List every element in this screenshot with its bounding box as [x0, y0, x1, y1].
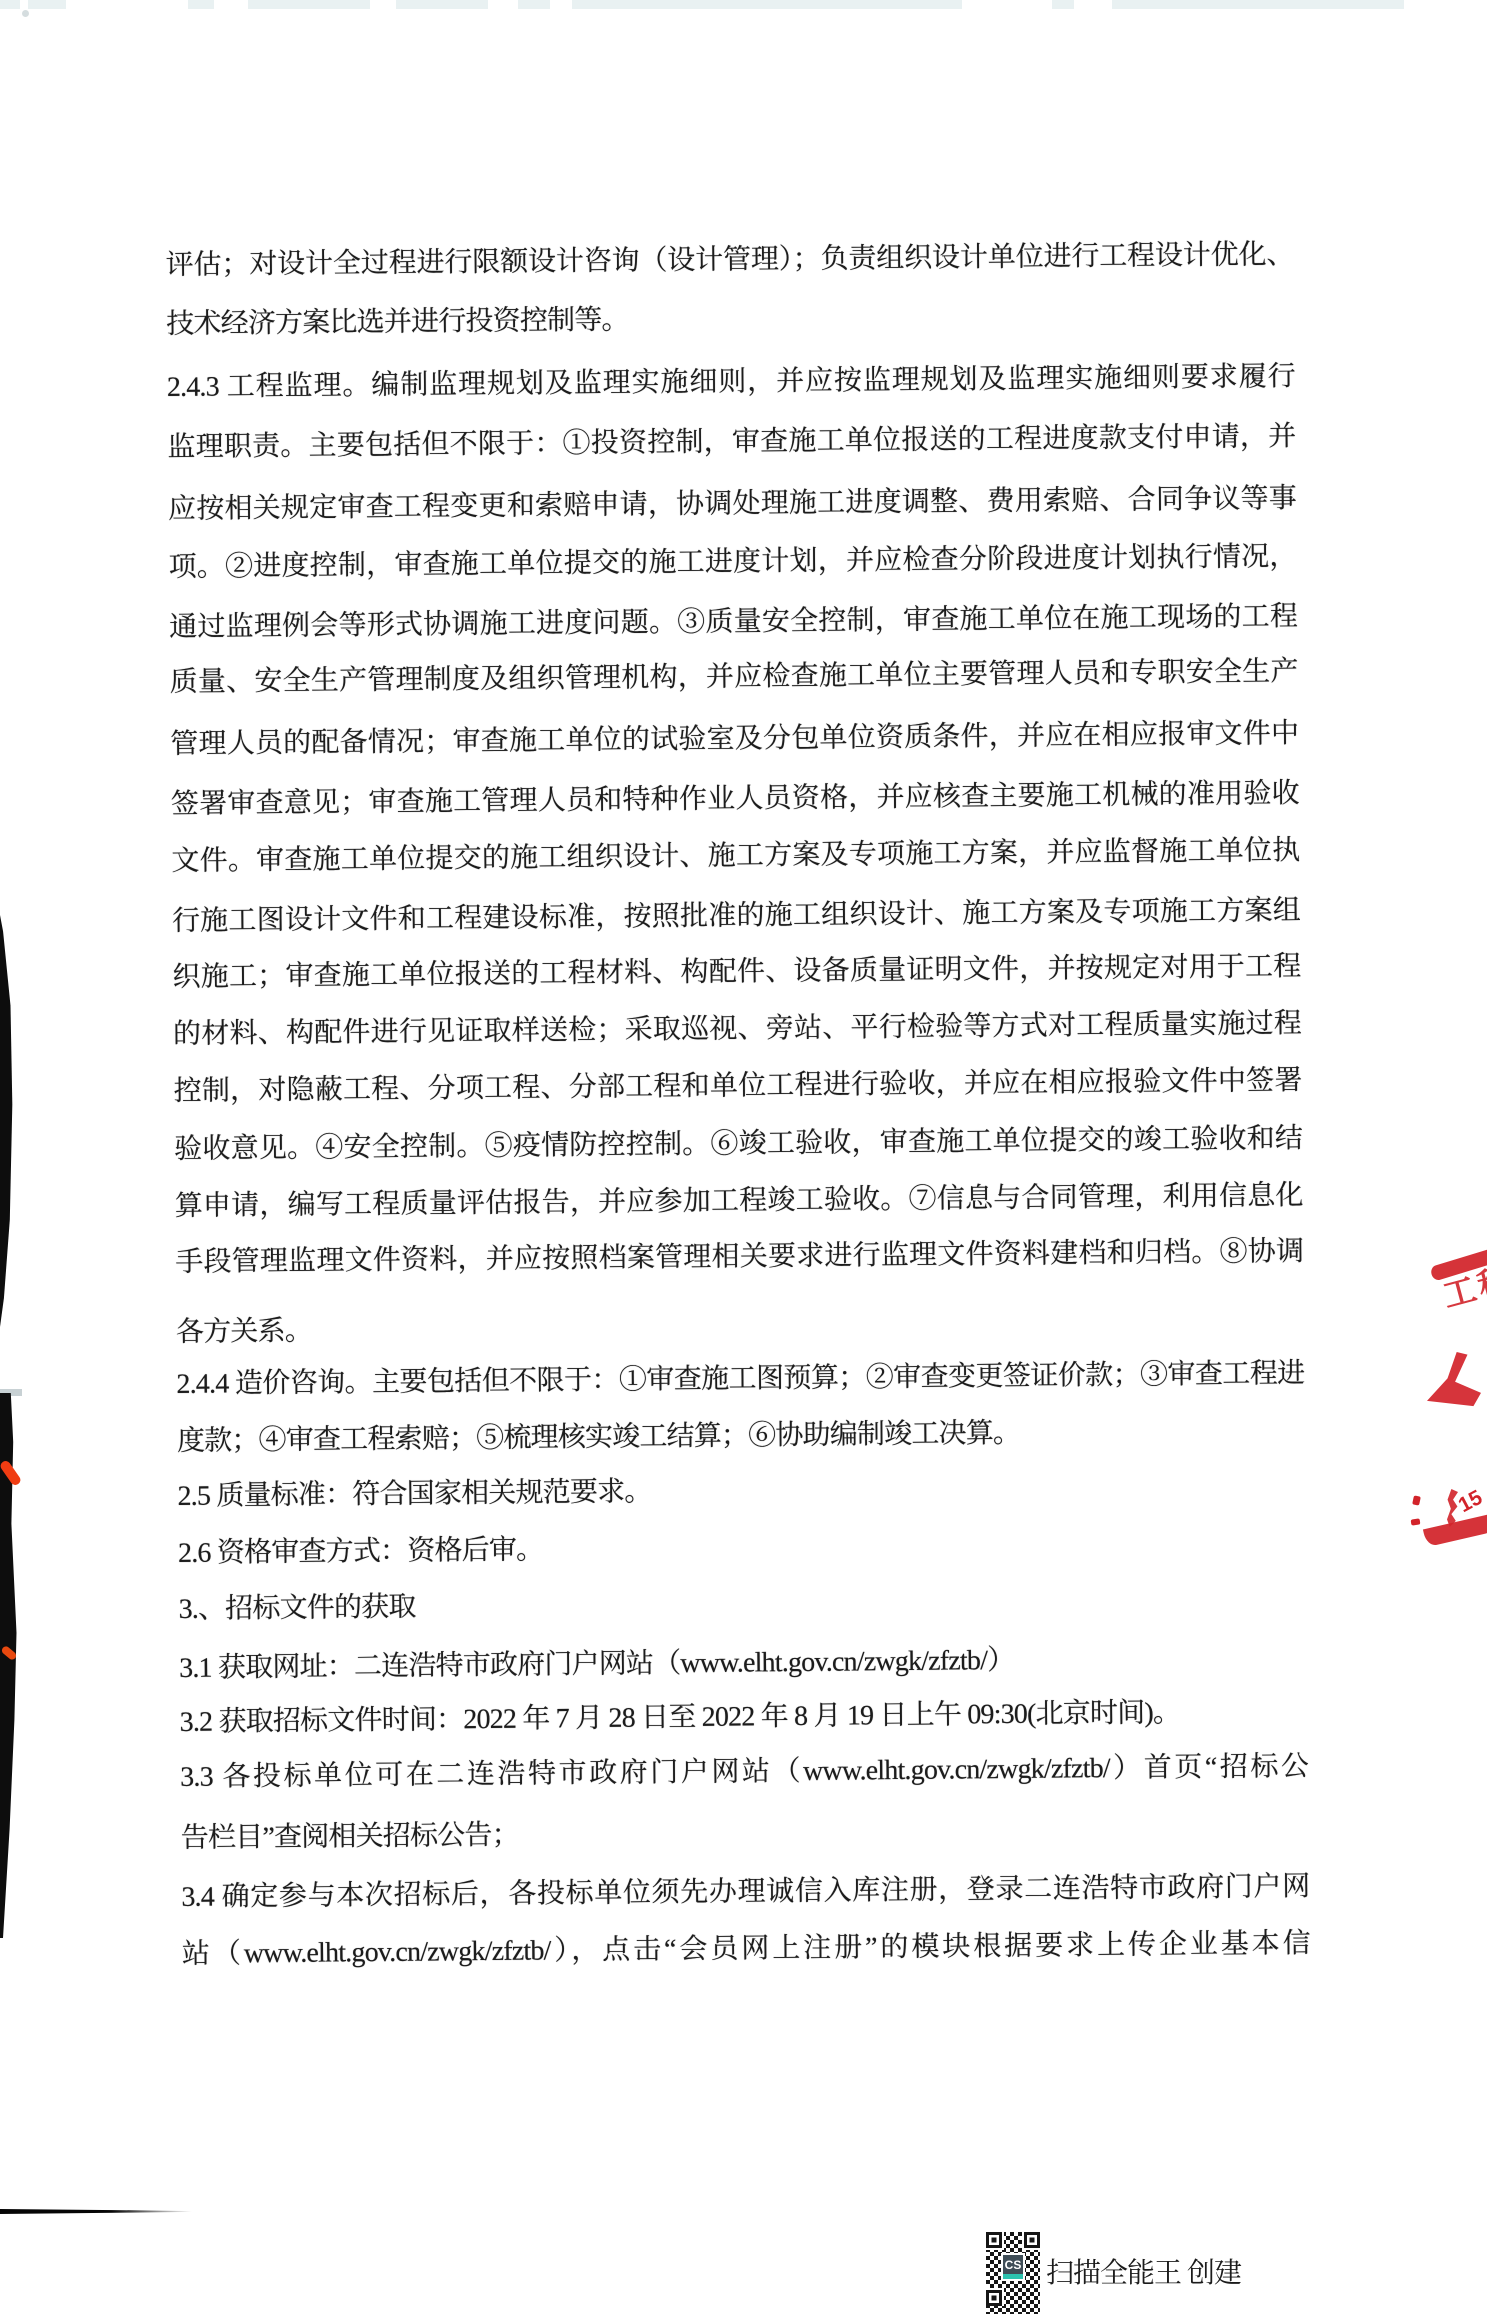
- scanned-document-page: 评估；对设计全过程进行限额设计咨询（设计管理）；负责组织设计单位进行工程设计优化…: [0, 0, 1487, 2314]
- stamp-arc-fragment: [1423, 1513, 1487, 1547]
- stamp-mark-fragment: [1427, 1352, 1481, 1418]
- qr-logo-accent-bar: [1003, 2274, 1023, 2279]
- scan-edge-mark: [28, 0, 66, 9]
- text-line: 评估；对设计全过程进行限额设计咨询（设计管理）；负责组织设计单位进行工程设计优化…: [165, 227, 1293, 294]
- text-line: 2.4.4 造价咨询。主要包括但不限于：①审查施工图预算；②审查变更签证价款；③…: [176, 1346, 1304, 1413]
- text-line: 应按相关规定审查工程变更和索赔申请，协调处理施工进度调整、费用索赔、合同争议等事: [168, 471, 1296, 538]
- text-line: 告栏目”查阅相关招标公告；: [181, 1800, 1309, 1867]
- watermark-label: 扫描全能王 创建: [1046, 2251, 1241, 2291]
- bottom-edge-line: [0, 2209, 192, 2214]
- text-line: 管理人员的配备情况；审查施工单位的试验室及分包单位资质条件，并应在相应报审文件中: [170, 706, 1298, 773]
- left-edge-tear: [0, 915, 14, 1327]
- text-line: 技术经济方案比选并进行投资控制等。: [166, 286, 1294, 353]
- stamp-speck: [1411, 1518, 1421, 1525]
- text-line: 质量、安全生产管理制度及组织管理机构，并应检查施工单位主要管理人员和专职安全生产: [169, 644, 1297, 711]
- text-line: 的材料、构配件进行见证取样送检；采取巡视、旁站、平行检验等方式对工程质量实施过程: [173, 996, 1301, 1063]
- text-line: 手段管理监理文件资料，并应按照档案管理相关要求进行监理文件资料建档和归档。⑧协调: [175, 1224, 1303, 1291]
- text-line: 站（www.elht.gov.cn/zwgk/zfztb/），点击“会员网上注册…: [182, 1916, 1310, 1983]
- text-line: 2.4.3 工程监理。编制监理规划及监理实施细则，并应按监理规划及监理实施细则要…: [167, 349, 1295, 416]
- text-line: 文件。审查施工单位提交的施工组织设计、施工方案及专项施工方案，并应监督施工单位执: [171, 823, 1299, 890]
- text-line: 控制，对隐蔽工程、分项工程、分部工程和单位工程进行验收，并应在相应报验文件中签署: [173, 1053, 1301, 1120]
- qr-cs-logo: CS: [1005, 2258, 1022, 2272]
- qr-code: CS: [986, 2232, 1040, 2314]
- text-line: 3.、招标文件的获取: [178, 1571, 1306, 1638]
- text-line: 监理职责。主要包括但不限于：①投资控制，审查施工单位报送的工程进度款支付申请，并: [167, 409, 1295, 476]
- text-line: 织施工；审查施工单位报送的工程材料、构配件、设备质量证明文件，并按规定对用于工程: [172, 939, 1300, 1006]
- text-line: 项。②进度控制，审查施工单位提交的施工进度计划，并应检查分阶段进度计划执行情况，: [168, 529, 1296, 596]
- stamp-small-text: 15: [1455, 1486, 1487, 1518]
- text-line: 3.4 确定参与本次招标后，各投标单位须先办理诚信入库注册，登录二连浩特市政府门…: [181, 1859, 1309, 1926]
- text-line: 2.5 质量标准：符合国家相关规范要求。: [177, 1458, 1305, 1525]
- document-text-block: 评估；对设计全过程进行限额设计咨询（设计管理）；负责组织设计单位进行工程设计优化…: [163, 0, 1313, 2314]
- stamp-speck: [1412, 1495, 1421, 1505]
- scan-edge-mark: [0, 0, 20, 9]
- text-line: 验收意见。④安全控制。⑤疫情防控控制。⑥竣工验收，审查施工单位提交的竣工验收和结: [174, 1111, 1302, 1178]
- scan-speck: [22, 10, 29, 17]
- text-line: 签署审查意见；审查施工管理人员和特种作业人员资格，并应核查主要施工机械的准用验收: [171, 766, 1299, 833]
- text-line: 3.3 各投标单位可在二连浩特市政府门户网站（www.elht.gov.cn/z…: [180, 1739, 1308, 1806]
